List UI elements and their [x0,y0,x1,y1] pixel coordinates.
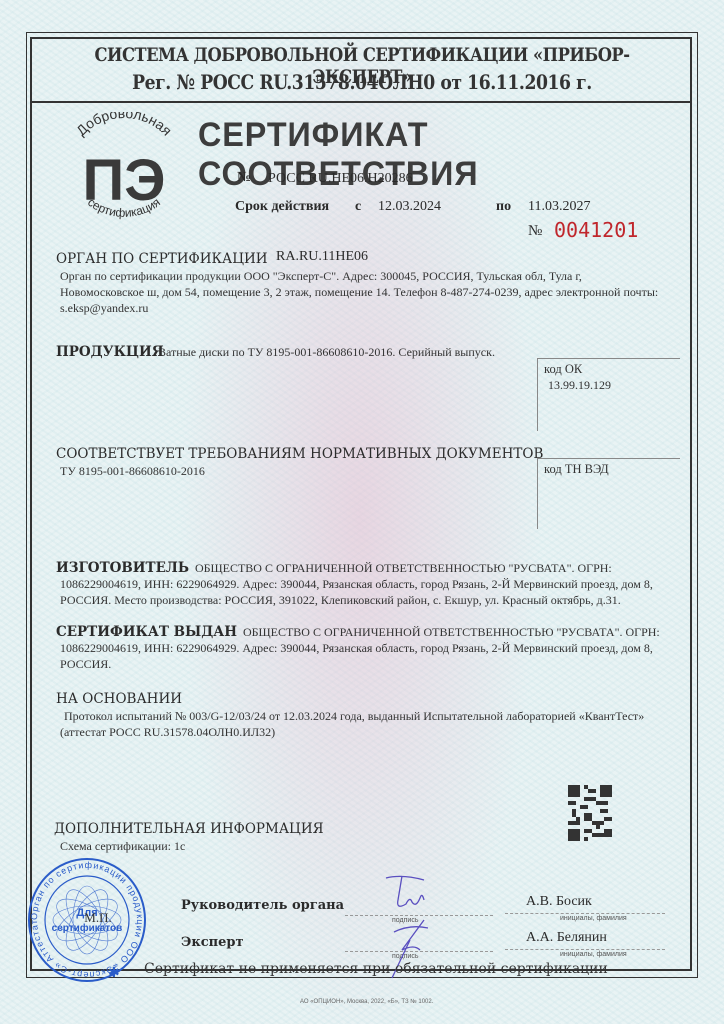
manufacturer-line: 1086229004619, ИНН: 6229064929. Адрес: 3… [56,576,696,592]
certification-body-email: s.eksp@yandex.ru [60,300,700,316]
header-divider [32,101,692,103]
issued-to-line: РОССИЯ. [56,656,696,672]
to-label: по [496,199,511,215]
from-label: с [355,199,361,215]
blank-number-label: № [528,223,542,240]
manufacturer-heading: ИЗГОТОВИТЕЛЬ [56,560,189,576]
qr-code-icon [568,785,612,841]
signatory-name: А.В. Босик [526,894,592,910]
signature-role: Эксперт [181,935,244,950]
footer-note: Сертификат не применяется при обязательн… [144,961,608,977]
certification-stamp-icon: Орган по сертификации продукции ООО «Экс… [26,855,148,985]
basis-line: (аттестат РОСС RU.31578.04ОЛН0.ИЛ32) [60,724,700,740]
certification-body-code: RA.RU.11HE06 [276,249,368,265]
tnved-code-box: код ТН ВЭД [537,458,680,529]
name-line [505,913,665,914]
cert-number-label: № [237,170,251,186]
cert-number: РОСС RU.HE06.H20286 [268,171,413,187]
compliance-text: ТУ 8195-001-86608610-2016 [60,463,205,479]
name-caption: инициалы, фамилия [560,951,627,958]
product-heading: ПРОДУКЦИЯ [56,344,164,360]
issued-to-heading: СЕРТИФИКАТ ВЫДАН [56,624,237,640]
name-line [505,949,665,950]
name-caption: инициалы, фамилия [560,915,627,922]
compliance-heading: СООТВЕТСТВУЕТ ТРЕБОВАНИЯМ НОРМАТИВНЫХ ДО… [56,446,543,462]
ok-code-label: код ОК [544,361,680,377]
manufacturer-line: РОССИЯ. Место производства: РОССИЯ, 3910… [56,592,696,608]
additional-info-heading: ДОПОЛНИТЕЛЬНАЯ ИНФОРМАЦИЯ [54,821,324,837]
signature-role: Руководитель органа [181,898,344,913]
blank-serial-number: 0041201 [554,218,638,242]
validity-label: Срок действия [235,199,329,215]
ok-code-value: 13.99.19.129 [548,377,680,393]
svg-text:✱: ✱ [108,964,120,980]
basis-heading: НА ОСНОВАНИИ [56,691,182,707]
basis-line: Протокол испытаний № 003/G-12/03/24 от 1… [60,708,700,724]
issued-to-line: ОБЩЕСТВО С ОГРАНИЧЕННОЙ ОТВЕТСТВЕННОСТЬЮ… [243,625,660,639]
tnved-code-label: код ТН ВЭД [544,461,680,477]
pe-logo-icon: Добровольная ПЭ сертификация [58,112,190,224]
ok-code-box: код ОК 13.99.19.129 [537,358,680,431]
valid-to-date: 11.03.2027 [528,199,590,215]
manufacturer-line: ОБЩЕСТВО С ОГРАНИЧЕННОЙ ОТВЕТСТВЕННОСТЬЮ… [195,561,612,575]
printer-note: АО «ОПЦИОН», Москва, 2022, «Б», ТЗ № 100… [300,999,433,1005]
issued-to-line: 1086229004619, ИНН: 6229064929. Адрес: 3… [56,640,696,656]
certification-body-line: Новомосковское ш, дом 54, помещение 3, 2… [60,284,700,300]
svg-text:Добровольная: Добровольная [73,112,175,139]
valid-from-date: 12.03.2024 [378,199,441,215]
certification-body-line: Орган по сертификации продукции ООО "Экс… [60,268,700,284]
certification-scheme: Схема сертификации: 1с [60,838,185,854]
svg-text:М.П.: М.П. [84,910,111,925]
signatory-name: А.А. Белянин [526,930,607,946]
certification-body-heading: ОРГАН ПО СЕРТИФИКАЦИИ [56,251,268,267]
system-registration: Рег. № РОСС RU.31578.04ОЛН0 от 16.11.201… [51,70,674,94]
product-text: Ватные диски по ТУ 8195-001-86608610-201… [158,344,495,360]
